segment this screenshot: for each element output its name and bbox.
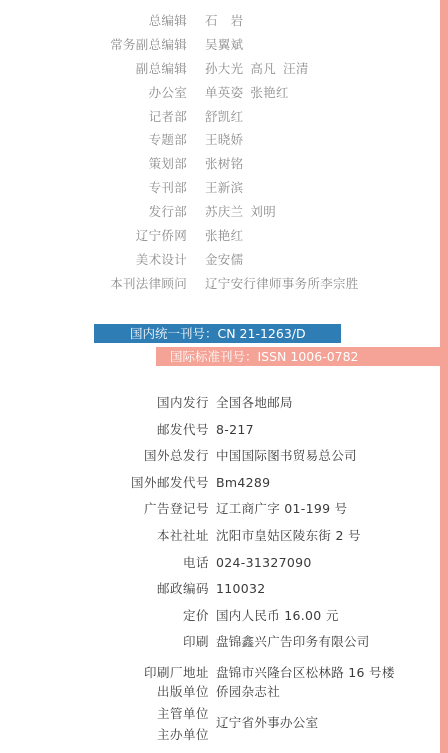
masthead-label: 专题部 — [149, 128, 187, 152]
pubinfo-row-overseas-distributor: 国外总发行 中国国际图书贸易总公司 — [0, 446, 440, 466]
pubinfo-row-printer-address: 印刷厂地址 盘锦市兴隆台区松林路 16 号楼 — [0, 663, 440, 683]
pubinfo-value: 侨园杂志社 — [216, 682, 280, 702]
pubinfo-row-ad-registration: 广告登记号 辽工商广字 01-199 号 — [0, 499, 440, 519]
masthead-label: 办公室 — [149, 81, 187, 105]
pubinfo-label: 国外邮发代号 — [131, 473, 209, 493]
decorative-right-stripe — [440, 0, 448, 753]
masthead-value: 吴翼斌 — [205, 33, 243, 57]
pubinfo-label: 国内发行 — [157, 393, 209, 413]
pubinfo-label-sponsoring-unit: 主办单位 — [157, 724, 209, 745]
masthead-row-office: 办公室 单英姿张艳红 — [0, 81, 440, 105]
pubinfo-label: 电话 — [183, 553, 209, 573]
pubinfo-label-supervising-unit: 主管单位 — [157, 703, 209, 724]
masthead-row-editor-in-chief: 总编辑 石 岩 — [0, 9, 440, 33]
pubinfo-value: 024-31327090 — [216, 553, 312, 573]
masthead-label: 发行部 — [149, 200, 187, 224]
pubinfo-row-domestic-distribution: 国内发行 全国各地邮局 — [0, 393, 440, 413]
pubinfo-label: 定价 — [183, 606, 209, 626]
masthead-value: 张艳红 — [205, 224, 243, 248]
masthead-row-special-issues: 专刊部 王新滨 — [0, 176, 440, 200]
pubinfo-row-phone: 电话 024-31327090 — [0, 553, 440, 573]
pubinfo-value: Bm4289 — [216, 473, 270, 493]
pubinfo-value: 8-217 — [216, 420, 254, 440]
pubinfo-row-zip-code: 邮政编码 110032 — [0, 579, 440, 599]
masthead-row-distribution: 发行部 苏庆兰刘明 — [0, 200, 440, 224]
masthead-value: 王晓娇 — [205, 128, 243, 152]
masthead-label: 美术设计 — [136, 248, 187, 272]
masthead-row-reporters: 记者部 舒凯红 — [0, 105, 440, 129]
pubinfo-label: 广告登记号 — [144, 499, 209, 519]
issn-number: 国际标准刊号：ISSN 1006-0782 — [170, 347, 359, 366]
masthead-row-features: 专题部 王晓娇 — [0, 128, 440, 152]
masthead-value: 孙大光高凡汪清 — [205, 57, 309, 81]
masthead-value: 金安儒 — [205, 248, 243, 272]
masthead-staff-list: 总编辑 石 岩 常务副总编辑 吴翼斌 副总编辑 孙大光高凡汪清 办公室 单英姿张… — [0, 9, 440, 296]
pubinfo-row-address: 本社社址 沈阳市皇姑区陵东街 2 号 — [0, 526, 440, 546]
pubinfo-label: 邮发代号 — [157, 420, 209, 440]
pubinfo-label: 印刷 — [183, 632, 209, 652]
masthead-label: 副总编辑 — [136, 57, 187, 81]
pubinfo-row-price: 定价 国内人民币 16.00 元 — [0, 606, 440, 626]
masthead-row-legal-counsel: 本刊法律顾问 辽宁安行律师事务所李宗胜 — [0, 272, 440, 296]
pubinfo-label: 本社社址 — [157, 526, 209, 546]
masthead-value: 石 岩 — [205, 9, 243, 33]
pubinfo-label: 邮政编码 — [157, 579, 209, 599]
masthead-label: 策划部 — [149, 152, 187, 176]
pubinfo-label: 出版单位 — [157, 682, 209, 702]
masthead-value: 舒凯红 — [205, 105, 243, 129]
masthead-row-executive-deputy-editor: 常务副总编辑 吴翼斌 — [0, 33, 440, 57]
masthead-label: 辽宁侨网 — [136, 224, 187, 248]
pubinfo-value: 盘锦市兴隆台区松林路 16 号楼 — [216, 663, 395, 683]
masthead-value: 王新滨 — [205, 176, 243, 200]
masthead-row-art-design: 美术设计 金安儒 — [0, 248, 440, 272]
pubinfo-label: 印刷厂地址 — [144, 663, 209, 683]
pubinfo-value: 中国国际图书贸易总公司 — [216, 446, 357, 466]
masthead-value: 辽宁安行律师事务所李宗胜 — [205, 272, 359, 296]
issn-bar: 国际标准刊号：ISSN 1006-0782 — [156, 347, 440, 366]
masthead-value: 单英姿张艳红 — [205, 81, 289, 105]
masthead-label: 总编辑 — [149, 9, 187, 33]
masthead-row-deputy-editors: 副总编辑 孙大光高凡汪清 — [0, 57, 440, 81]
masthead-row-planning: 策划部 张树铭 — [0, 152, 440, 176]
masthead-label: 常务副总编辑 — [110, 33, 187, 57]
pubinfo-value: 沈阳市皇姑区陵东街 2 号 — [216, 526, 361, 546]
cn-serial-number-bar: 国内统一刊号：CN 21-1263/D — [94, 324, 341, 343]
pubinfo-sponsor-labels: 主管单位 主办单位 — [157, 703, 209, 745]
masthead-value: 张树铭 — [205, 152, 243, 176]
pubinfo-value: 盘锦鑫兴广告印务有限公司 — [216, 632, 370, 652]
cn-serial-number: 国内统一刊号：CN 21-1263/D — [130, 324, 306, 343]
masthead-value: 苏庆兰刘明 — [205, 200, 276, 224]
masthead-label: 记者部 — [149, 105, 187, 129]
pubinfo-row-postal-code-number: 邮发代号 8-217 — [0, 420, 440, 440]
masthead-row-liaoning-qiao-web: 辽宁侨网 张艳红 — [0, 224, 440, 248]
pubinfo-row-overseas-postal-code: 国外邮发代号 Bm4289 — [0, 473, 440, 493]
pubinfo-row-publisher: 出版单位 侨园杂志社 — [0, 682, 440, 702]
pubinfo-label: 国外总发行 — [144, 446, 209, 466]
masthead-label: 本刊法律顾问 — [110, 272, 187, 296]
pubinfo-row-printer: 印刷 盘锦鑫兴广告印务有限公司 — [0, 632, 440, 652]
pubinfo-sponsor-value: 辽宁省外事办公室 — [216, 713, 318, 733]
pubinfo-value: 国内人民币 16.00 元 — [216, 606, 339, 626]
masthead-label: 专刊部 — [149, 176, 187, 200]
pubinfo-value: 辽工商广字 01-199 号 — [216, 499, 347, 519]
pubinfo-value: 全国各地邮局 — [216, 393, 293, 413]
pubinfo-value: 110032 — [216, 579, 266, 599]
